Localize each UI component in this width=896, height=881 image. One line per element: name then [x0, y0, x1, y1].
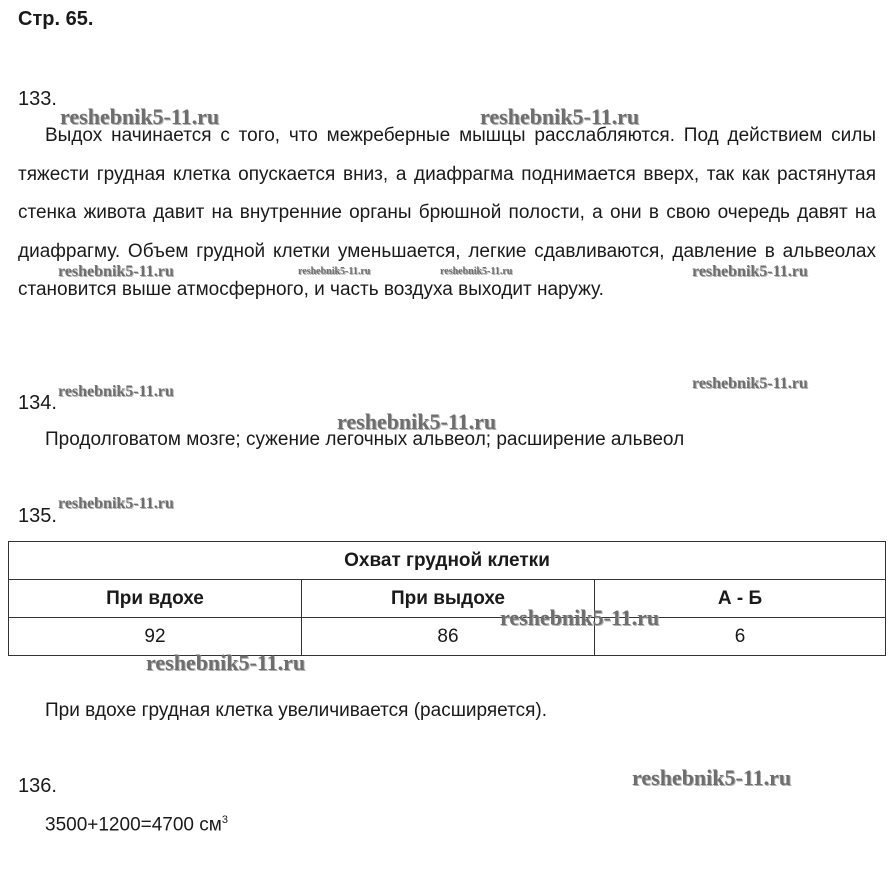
- watermark: reshebnik5-11.ru: [337, 409, 496, 435]
- formula-text: 3500+1200=4700 см: [45, 814, 222, 835]
- header-inhale: При вдохе: [9, 580, 302, 618]
- table-title: Охват грудной клетки: [9, 542, 886, 580]
- watermark: reshebnik5-11.ru: [632, 765, 791, 791]
- watermark: reshebnik5-11.ru: [58, 263, 174, 281]
- task-136-formula: 3500+1200=4700 см3: [45, 814, 228, 836]
- watermark: reshebnik5-11.ru: [298, 266, 370, 277]
- watermark: reshebnik5-11.ru: [500, 605, 659, 631]
- table-header-row: При вдохе При выдохе А - Б: [9, 580, 886, 618]
- formula-superscript: 3: [222, 814, 228, 826]
- watermark: reshebnik5-11.ru: [58, 495, 174, 513]
- watermark: reshebnik5-11.ru: [58, 383, 174, 401]
- task-135-conclusion: При вдохе грудная клетка увеличивается (…: [45, 700, 547, 722]
- task-136-number: 136.: [18, 775, 57, 798]
- task-135-number: 135.: [18, 505, 57, 528]
- chest-circumference-table: Охват грудной клетки При вдохе При выдох…: [8, 541, 886, 656]
- watermark: reshebnik5-11.ru: [480, 104, 639, 130]
- task-133-number: 133.: [18, 88, 57, 111]
- watermark: reshebnik5-11.ru: [692, 263, 808, 281]
- watermark: reshebnik5-11.ru: [60, 104, 219, 130]
- watermark: reshebnik5-11.ru: [692, 375, 808, 393]
- watermark: reshebnik5-11.ru: [146, 650, 305, 676]
- table-title-row: Охват грудной клетки: [9, 542, 886, 580]
- page-title: Стр. 65.: [18, 8, 93, 31]
- table-row: 92 86 6: [9, 618, 886, 656]
- watermark: reshebnik5-11.ru: [440, 266, 512, 277]
- task-134-number: 134.: [18, 392, 57, 415]
